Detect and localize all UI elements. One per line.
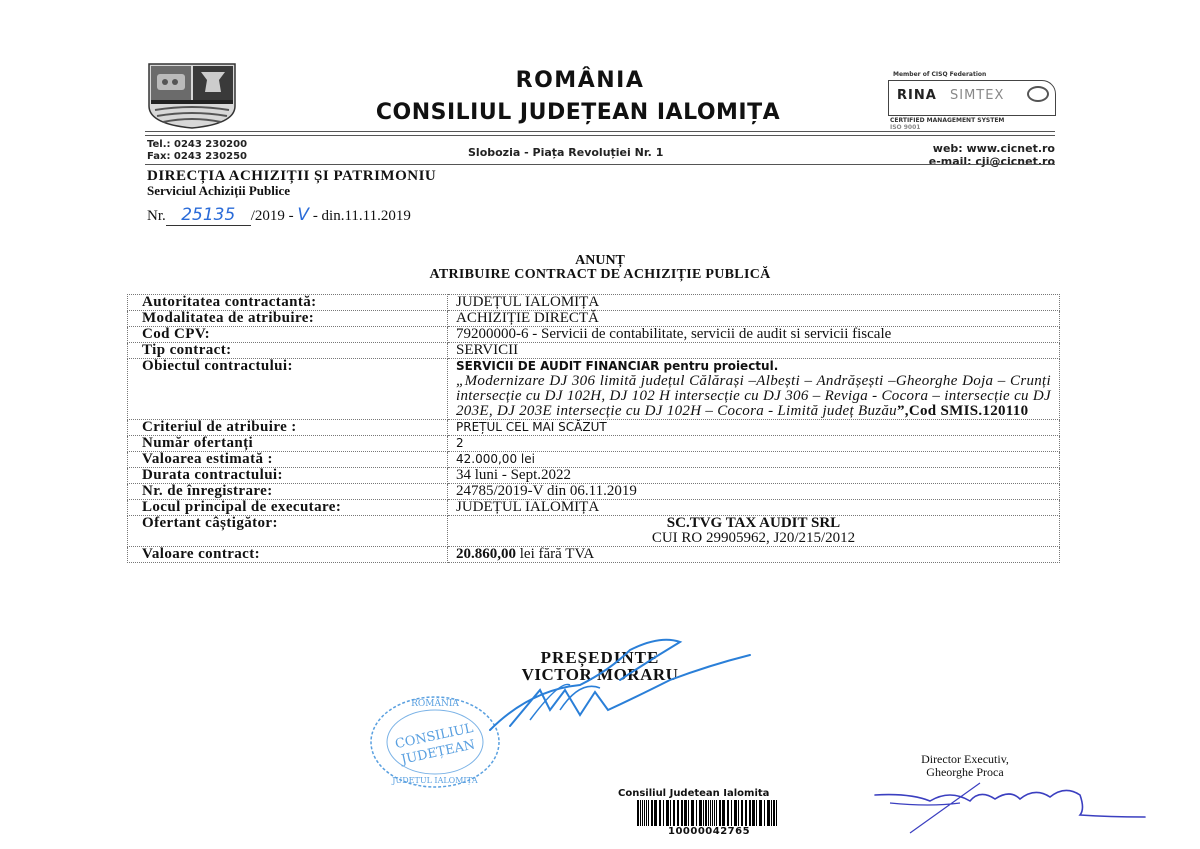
table-row: Autoritatea contractantă: JUDEȚUL IALOMI… xyxy=(128,295,1060,311)
row-value: 34 luni - Sept.2022 xyxy=(448,468,1060,484)
object-heading: SERVICII DE AUDIT FINANCIAR pentru proie… xyxy=(456,359,1051,374)
row-value: 42.000,00 lei xyxy=(448,452,1060,468)
winner-identifiers: CUI RO 29905962, J20/215/2012 xyxy=(456,531,1051,546)
row-value: SC.TVG TAX AUDIT SRL CUI RO 29905962, J2… xyxy=(448,516,1060,547)
table-row: Valoare contract: 20.860,00 lei fără TVA xyxy=(128,547,1060,563)
country-title: ROMÂNIA xyxy=(380,68,780,93)
contact-divider xyxy=(145,164,1055,166)
website: web: www.cicnet.ro xyxy=(880,142,1055,155)
address: Slobozia - Piața Revoluției Nr. 1 xyxy=(468,146,663,159)
row-label: Autoritatea contractantă: xyxy=(128,295,448,311)
row-label: Obiectul contractului: xyxy=(128,359,448,420)
stamp-bottom-text: JUDEȚUL IALOMIȚA xyxy=(391,776,478,785)
table-row: Locul principal de executare: JUDEȚUL IA… xyxy=(128,500,1060,516)
row-value: 24785/2019-V din 06.11.2019 xyxy=(448,484,1060,500)
cert-system-text: CERTIFIED MANAGEMENT SYSTEM xyxy=(890,117,1004,124)
registration-handwritten-number: 25135 xyxy=(181,205,235,225)
barcode-number: 10000042765 xyxy=(668,826,750,837)
table-row: Număr ofertanți 2 xyxy=(128,436,1060,452)
row-value: PREȚUL CEL MAI SCĂZUT xyxy=(448,420,1060,436)
table-row: Obiectul contractului: SERVICII DE AUDIT… xyxy=(128,359,1060,420)
smis-code: ”,Cod SMIS.120110 xyxy=(897,403,1028,419)
header-divider xyxy=(145,131,1055,136)
contract-award-table: Autoritatea contractantă: JUDEȚUL IALOMI… xyxy=(127,294,1060,563)
cert-brand-rina: RINA xyxy=(897,88,937,103)
row-label: Valoare contract: xyxy=(128,547,448,563)
cert-standard-text: ISO 9001 xyxy=(890,124,920,131)
row-label: Cod CPV: xyxy=(128,327,448,343)
row-value: SERVICII xyxy=(448,343,1060,359)
row-value: 79200000-6 - Servicii de contabilitate, … xyxy=(448,327,1060,343)
registration-date: - din.11.11.2019 xyxy=(313,208,411,224)
registration-year: /2019 - xyxy=(251,208,294,224)
row-value: JUDEȚUL IALOMIȚA xyxy=(448,500,1060,516)
county-coat-of-arms-icon xyxy=(147,62,237,130)
barcode-icon xyxy=(637,800,805,826)
row-value: ACHIZIȚIE DIRECTĂ xyxy=(448,311,1060,327)
table-row: Durata contractului: 34 luni - Sept.2022 xyxy=(128,468,1060,484)
row-value: 2 xyxy=(448,436,1060,452)
registration-prefix: Nr. xyxy=(147,208,166,224)
row-label: Criteriul de atribuire : xyxy=(128,420,448,436)
contract-amount-unit: lei fără TVA xyxy=(516,546,594,562)
row-value: 20.860,00 lei fără TVA xyxy=(448,547,1060,563)
fax-number: Fax: 0243 230250 xyxy=(147,151,247,162)
table-row: Modalitatea de atribuire: ACHIZIȚIE DIRE… xyxy=(128,311,1060,327)
row-label: Locul principal de executare: xyxy=(128,500,448,516)
barcode-label: Consiliul Judetean Ialomita xyxy=(618,788,769,799)
certification-seal-icon xyxy=(1027,86,1049,102)
stamp-top-text: ROMÂNIA xyxy=(411,697,459,709)
row-label: Număr ofertanți xyxy=(128,436,448,452)
row-label: Ofertant câștigător: xyxy=(128,516,448,547)
table-row: Tip contract: SERVICII xyxy=(128,343,1060,359)
object-description: „Modernizare DJ 306 limită județul Călăr… xyxy=(456,374,1051,419)
notice-subtitle: ATRIBUIRE CONTRACT DE ACHIZIȚIE PUBLICĂ xyxy=(300,267,900,283)
table-row: Ofertant câștigător: SC.TVG TAX AUDIT SR… xyxy=(128,516,1060,547)
service-name: Serviciul Achiziții Publice xyxy=(147,183,290,199)
cert-member-text: Member of CISQ Federation xyxy=(893,71,986,78)
president-signature xyxy=(470,630,760,740)
row-label: Nr. de înregistrare: xyxy=(128,484,448,500)
phone-number: Tel.: 0243 230200 xyxy=(147,139,247,150)
director-signature xyxy=(870,775,1150,835)
email-address: e-mail: cji@cicnet.ro xyxy=(880,155,1055,168)
contract-amount: 20.860,00 xyxy=(456,546,516,562)
table-row: Criteriul de atribuire : PREȚUL CEL MAI … xyxy=(128,420,1060,436)
table-row: Valoarea estimată : 42.000,00 lei xyxy=(128,452,1060,468)
table-row: Nr. de înregistrare: 24785/2019-V din 06… xyxy=(128,484,1060,500)
institution-title: CONSILIUL JUDEȚEAN IALOMIȚA xyxy=(298,100,858,125)
cert-brand-simtex: SIMTEX xyxy=(950,88,1004,103)
row-label: Modalitatea de atribuire: xyxy=(128,311,448,327)
table-row: Cod CPV: 79200000-6 - Servicii de contab… xyxy=(128,327,1060,343)
row-value: JUDEȚUL IALOMIȚA xyxy=(448,295,1060,311)
row-value: SERVICII DE AUDIT FINANCIAR pentru proie… xyxy=(448,359,1060,420)
row-label: Valoarea estimată : xyxy=(128,452,448,468)
row-label: Tip contract: xyxy=(128,343,448,359)
winner-name: SC.TVG TAX AUDIT SRL xyxy=(456,516,1051,531)
row-label: Durata contractului: xyxy=(128,468,448,484)
registration-number-line: Nr.25135/2019 - V - din.11.11.2019 xyxy=(147,205,411,226)
registration-handwritten-suffix: V xyxy=(297,205,309,225)
